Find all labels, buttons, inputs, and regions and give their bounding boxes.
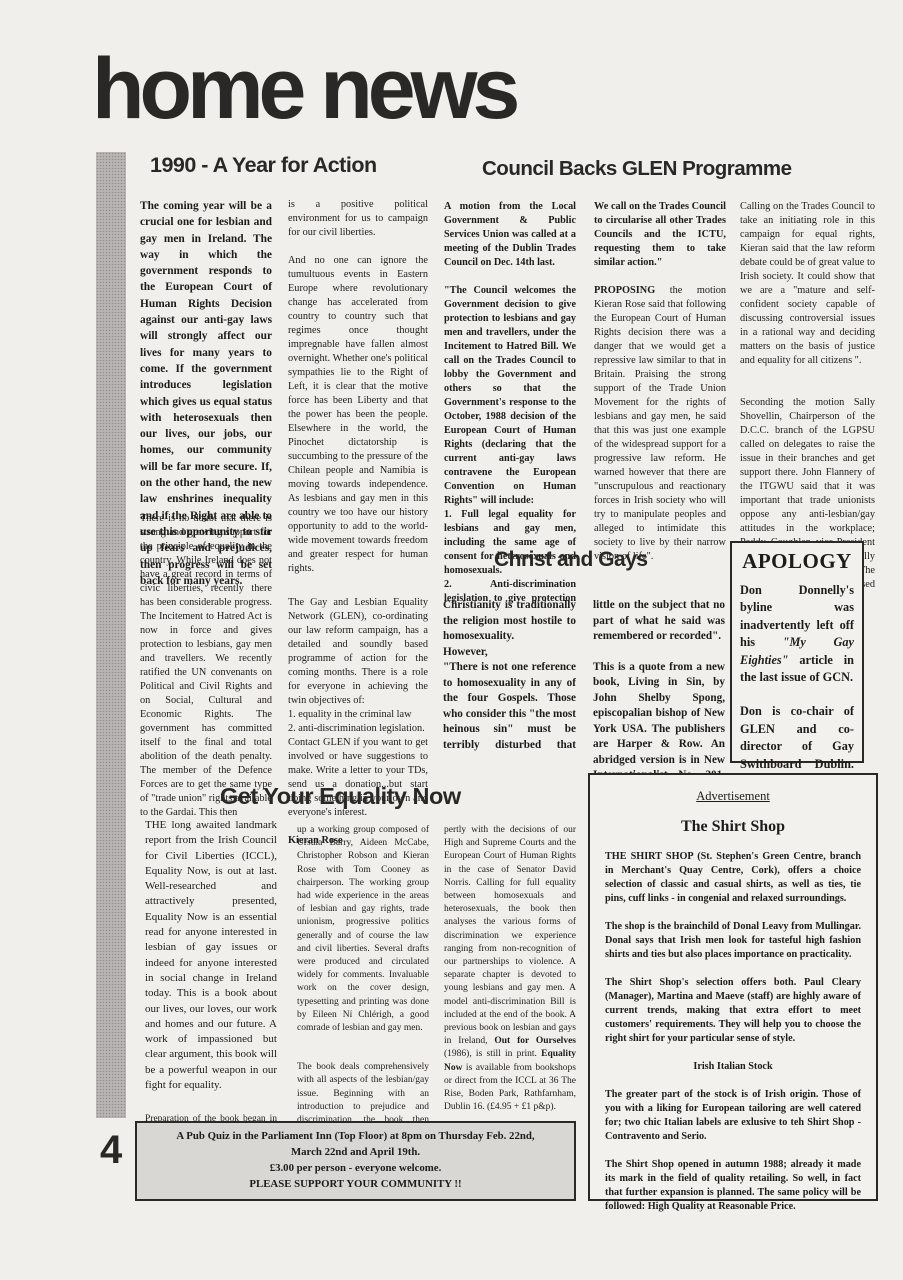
article-paragraph: A motion from the Local Government & Pub… [444, 200, 576, 270]
advertisement-title: The Shirt Shop [590, 818, 876, 836]
motion-call: We call on the Trades Council to circula… [594, 200, 726, 270]
article-paragraph: up a working group composed of Ursula Ba… [297, 824, 429, 1035]
proposing-lead: PROPOSING [594, 285, 655, 296]
article-paragraph: Christianity is traditionally the religi… [443, 598, 576, 645]
pub-quiz-notice: A Pub Quiz in the Parliament Inn (Top Fl… [135, 1121, 576, 1201]
ad-paragraph: The Shirt Shop opened in autumn 1988; al… [605, 1158, 861, 1214]
article-column: pertly with the decisions of our High an… [444, 824, 576, 1114]
advertisement-label: Advertisement [590, 789, 876, 804]
article-paragraph: Calling on the Trades Council to take an… [740, 200, 875, 368]
ad-paragraph: The shop is the brainchild of Donal Leav… [605, 920, 861, 962]
quote-continuation: little on the subject that no part of wh… [593, 598, 725, 645]
headline-year-for-action: 1990 - A Year for Action [150, 153, 377, 178]
objective-item: 1. equality in the criminal law [288, 708, 428, 722]
advertisement-body: THE SHIRT SHOP (St. Stephen's Green Cent… [590, 850, 876, 1214]
article-column-3: A motion from the Local Government & Pub… [444, 200, 576, 606]
article-paragraph: There is no doubt that there is strong a… [140, 512, 272, 820]
notice-line: £3.00 per person - everyone welcome. [137, 1160, 574, 1176]
article-column: THE long awaited landmark report from th… [145, 818, 277, 1139]
article-column: little on the subject that no part of wh… [593, 598, 725, 799]
motion-text: "The Council welcomes the Government dec… [444, 284, 576, 508]
article-column-2: is a positive political environment for … [288, 198, 428, 848]
apology-box: APOLOGY Don Donnelly's byline was inadve… [730, 541, 864, 763]
advertisement-box: Advertisement The Shirt Shop THE SHIRT S… [588, 773, 878, 1201]
proposing-text: the motion Kieran Rose said that followi… [594, 285, 726, 562]
article-paragraph: The Gay and Lesbian Equality Network (GL… [288, 596, 428, 708]
page-number: 4 [100, 1128, 122, 1173]
masthead-title: home news [92, 46, 692, 132]
article-paragraph: pertly with the decisions of our High an… [444, 824, 576, 1114]
article-column: Christianity is traditionally the religi… [443, 598, 576, 754]
quote-paragraph: "There is not one reference to homosexua… [443, 660, 576, 754]
ad-subheading: Irish Italian Stock [605, 1060, 861, 1074]
apology-title: APOLOGY [732, 549, 862, 574]
article-paragraph: PROPOSING the motion Kieran Rose said th… [594, 284, 726, 564]
ad-paragraph: The Shirt Shop's selection offers both. … [605, 976, 861, 1046]
notice-line: PLEASE SUPPORT YOUR COMMUNITY !! [137, 1176, 574, 1192]
article-column: up a working group composed of Ursula Ba… [297, 824, 429, 1140]
headline-christ-and-gays: Christ and Gays [494, 548, 648, 572]
ad-paragraph: THE SHIRT SHOP (St. Stephen's Green Cent… [605, 850, 861, 906]
notice-line: March 22nd and April 19th. [137, 1144, 574, 1160]
article-column-4: We call on the Trades Council to circula… [594, 200, 726, 564]
decorative-gray-bar [96, 152, 126, 1118]
headline-council-backs-glen: Council Backs GLEN Programme [482, 157, 792, 181]
article-paragraph: And no one can ignore the tumultuous eve… [288, 254, 428, 576]
notice-line: A Pub Quiz in the Parliament Inn (Top Fl… [137, 1128, 574, 1144]
article-paragraph: However, [443, 645, 576, 661]
article-paragraph: THE long awaited landmark report from th… [145, 818, 277, 1093]
headline-equality-now: Get Your Equality Now [220, 783, 461, 810]
objective-item: 2. anti-discrimination legislation. [288, 722, 428, 736]
ad-paragraph: The greater part of the stock is of Iris… [605, 1088, 861, 1144]
article-paragraph: is a positive political environment for … [288, 198, 428, 240]
apology-paragraph: Don Donnelly's byline was inadvertently … [740, 582, 854, 686]
